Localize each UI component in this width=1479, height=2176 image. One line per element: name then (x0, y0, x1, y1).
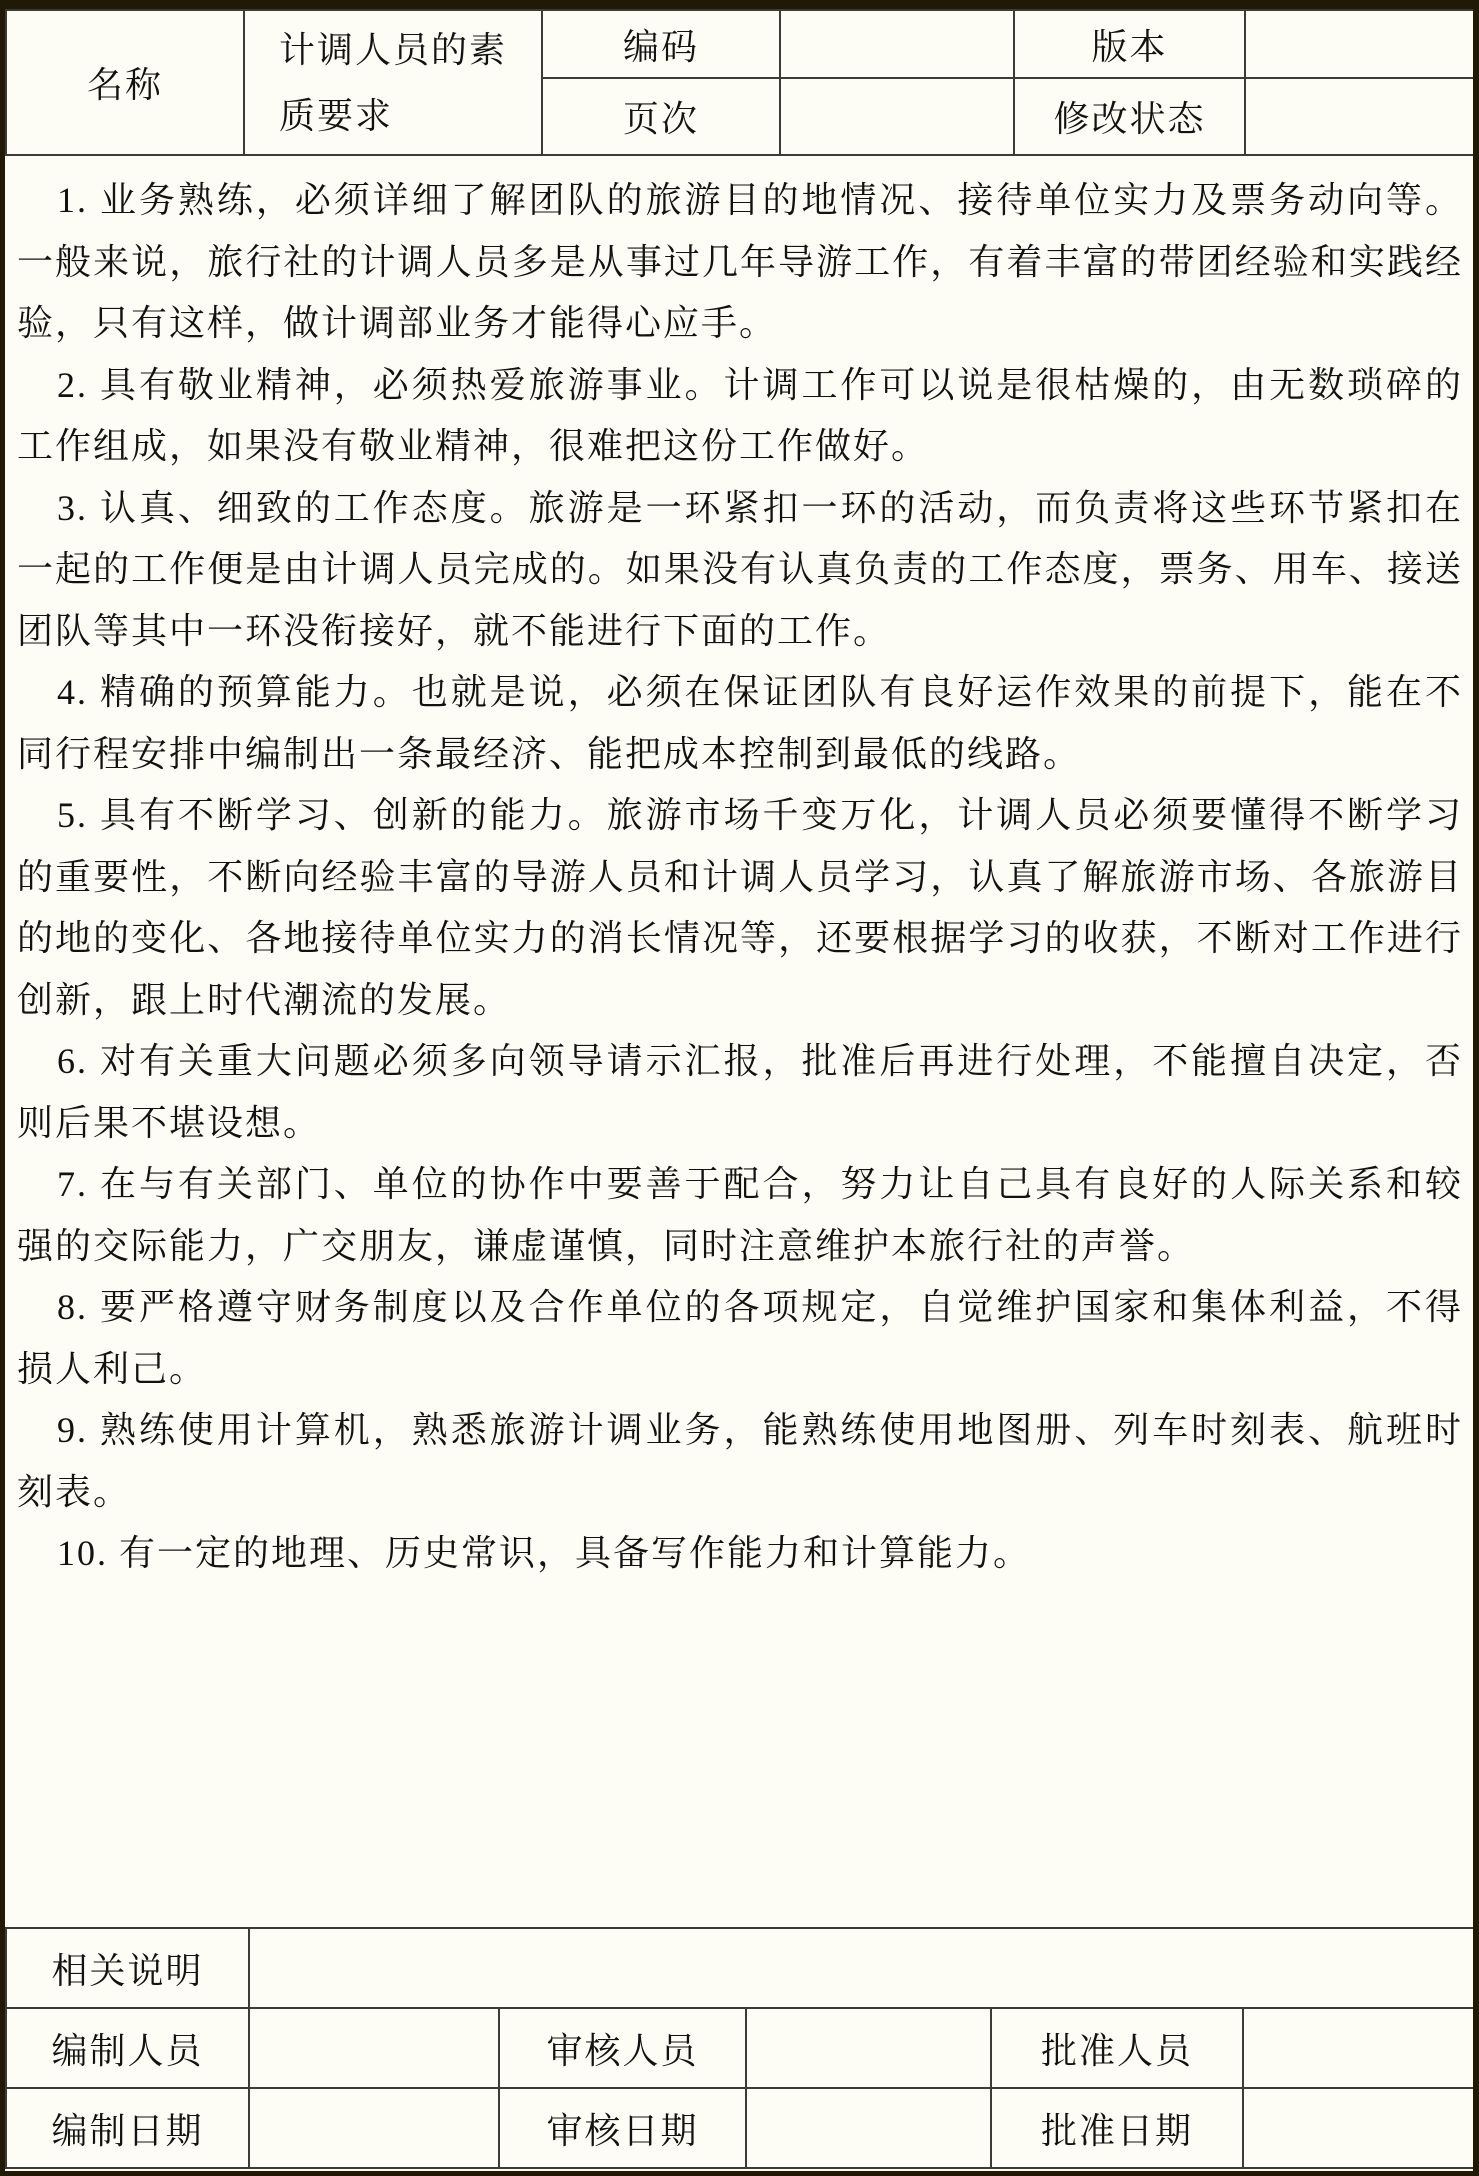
body-paragraph-9: 9. 熟练使用计算机，熟悉旅游计调业务，能熟练使用地图册、列车时刻表、航班时刻表… (17, 1400, 1463, 1523)
notes-label: 相关说明 (6, 1928, 249, 2008)
name-label: 名称 (6, 10, 244, 155)
version-value-cell (1245, 10, 1473, 78)
reviewer-value-cell (746, 2008, 991, 2088)
document-body: 1. 业务熟练，必须详细了解团队的旅游目的地情况、接待单位实力及票务动向等。一般… (5, 156, 1473, 1927)
doc-title-cell: 计调人员的素质要求 (244, 10, 542, 155)
revision-status-label: 修改状态 (1014, 78, 1245, 155)
body-paragraph-5: 5. 具有不断学习、创新的能力。旅游市场千变万化，计调人员必须要懂得不断学习的重… (17, 785, 1463, 1031)
revision-status-value-cell (1245, 78, 1473, 155)
compiler-value-cell (249, 2008, 499, 2088)
reviewer-label: 审核人员 (499, 2008, 746, 2088)
footer-table: 相关说明 编制人员 审核人员 批准人员 编制日期 审核日期 批准日期 (5, 1927, 1473, 2169)
compile-date-label: 编制日期 (6, 2088, 249, 2168)
body-paragraph-4: 4. 精确的预算能力。也就是说，必须在保证团队有良好运作效果的前提下，能在不同行… (17, 662, 1463, 785)
page-frame: { "page": { "frame_color": "#1f1906", "p… (0, 0, 1479, 2176)
notes-value-cell (249, 1928, 1473, 2008)
body-paragraph-10: 10. 有一定的地理、历史常识，具备写作能力和计算能力。 (17, 1523, 1463, 1585)
approver-label: 批准人员 (991, 2008, 1243, 2088)
approver-value-cell (1243, 2008, 1473, 2088)
body-paragraph-7: 7. 在与有关部门、单位的协作中要善于配合，努力让自己具有良好的人际关系和较强的… (17, 1154, 1463, 1277)
review-date-label: 审核日期 (499, 2088, 746, 2168)
code-label: 编码 (542, 10, 780, 78)
paper-sheet: 名称 计调人员的素质要求 编码 版本 页次 修改状态 1. 业务熟练，必须详细了… (5, 9, 1473, 2171)
doc-title: 计调人员的素质要求 (279, 17, 507, 149)
compiler-label: 编制人员 (6, 2008, 249, 2088)
body-paragraph-3: 3. 认真、细致的工作态度。旅游是一环紧扣一环的活动，而负责将这些环节紧扣在一起… (17, 478, 1463, 663)
header-table: 名称 计调人员的素质要求 编码 版本 页次 修改状态 (5, 9, 1473, 156)
body-paragraph-8: 8. 要严格遵守财务制度以及合作单位的各项规定，自觉维护国家和集体利益，不得损人… (17, 1277, 1463, 1400)
review-date-value-cell (746, 2088, 991, 2168)
compile-date-value-cell (249, 2088, 499, 2168)
body-paragraph-1: 1. 业务熟练，必须详细了解团队的旅游目的地情况、接待单位实力及票务动向等。一般… (17, 170, 1463, 355)
version-label: 版本 (1014, 10, 1245, 78)
approval-date-value-cell (1243, 2088, 1473, 2168)
approval-date-label: 批准日期 (991, 2088, 1243, 2168)
page-number-value-cell (780, 78, 1014, 155)
page-number-label: 页次 (542, 78, 780, 155)
body-paragraph-6: 6. 对有关重大问题必须多向领导请示汇报，批准后再进行处理，不能擅自决定，否则后… (17, 1031, 1463, 1154)
body-paragraph-2: 2. 具有敬业精神，必须热爱旅游事业。计调工作可以说是很枯燥的，由无数琐碎的工作… (17, 355, 1463, 478)
code-value-cell (780, 10, 1014, 78)
